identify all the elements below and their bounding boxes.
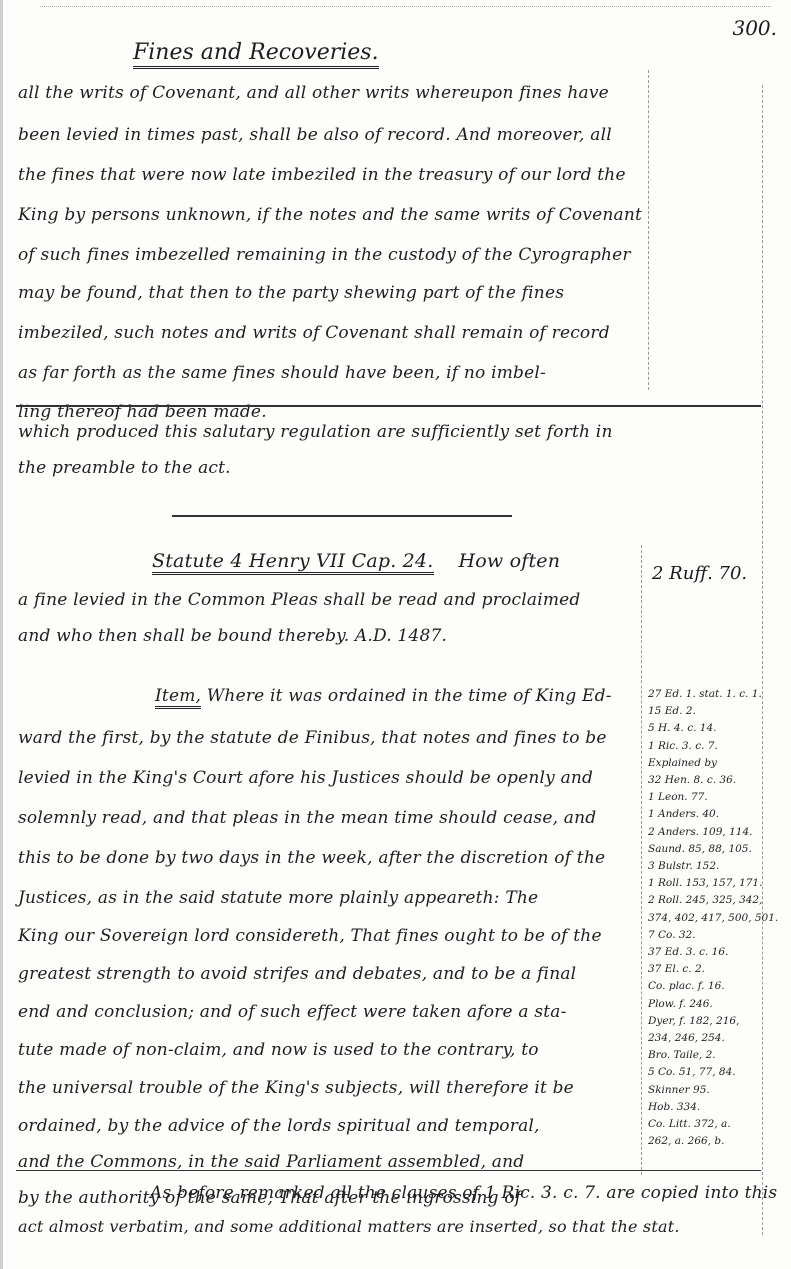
statute-heading: Statute 4 Henry VII Cap. 24. [152, 550, 434, 575]
margin-note: 262, a. 266, b. [648, 1135, 724, 1147]
margin-note: Explained by [648, 757, 717, 769]
margin-rule [648, 70, 649, 390]
item-lead: Item, [155, 686, 201, 709]
margin-note: Co. Litt. 372, a. [648, 1118, 731, 1130]
top-rule [40, 6, 771, 7]
text-line: King by persons unknown, if the notes an… [18, 205, 642, 225]
margin-note: 37 El. c. 2. [648, 963, 705, 975]
text-line: this to be done by two days in the week,… [18, 848, 605, 868]
text-line: Justices, as in the said statute more pl… [18, 888, 538, 908]
text-line: all the writs of Covenant, and all other… [18, 83, 609, 103]
margin-note: Co. plac. f. 16. [648, 980, 725, 992]
text-line: and the Commons, in the said Parliament … [18, 1152, 524, 1172]
margin-note: Plow. f. 246. [648, 998, 713, 1010]
page-number: 300. [732, 16, 777, 40]
section-divider [16, 405, 761, 407]
outer-margin-rule [762, 85, 763, 1235]
margin-note: Hob. 334. [648, 1101, 700, 1113]
margin-reference: 2 Ruff. 70. [652, 563, 747, 584]
short-divider [172, 515, 512, 517]
text-line: a fine levied in the Common Pleas shall … [18, 590, 581, 610]
margin-note: 27 Ed. 1. stat. 1. c. 1. [648, 688, 762, 700]
margin-note: 2 Roll. 245, 325, 342, [648, 894, 762, 906]
text-line: which produced this salutary regulation … [18, 422, 613, 442]
text-line: as far forth as the same fines should ha… [18, 363, 546, 383]
margin-note: Dyer, f. 182, 216, [648, 1015, 739, 1027]
text-line: act almost verbatim, and some additional… [18, 1217, 680, 1236]
margin-note: Saund. 85, 88, 105. [648, 843, 752, 855]
margin-note: 5 Co. 51, 77, 84. [648, 1066, 736, 1078]
margin-note: Skinner 95. [648, 1084, 710, 1096]
manuscript-page: 300. Fines and Recoveries. all the writs… [0, 0, 791, 1269]
text-line: greatest strength to avoid strifes and d… [18, 964, 576, 984]
margin-note: 2 Anders. 109, 114. [648, 826, 752, 838]
text-line: tute made of non-claim, and now is used … [18, 1040, 539, 1060]
text-line: been levied in times past, shall be also… [18, 125, 612, 145]
margin-note: 7 Co. 32. [648, 929, 696, 941]
text-line: levied in the King's Court afore his Jus… [18, 768, 593, 788]
margin-note: 5 H. 4. c. 14. [648, 722, 716, 734]
margin-note: 1 Anders. 40. [648, 808, 719, 820]
text-line: and who then shall be bound thereby. A.D… [18, 626, 447, 646]
statute-heading-line: Statute 4 Henry VII Cap. 24. How often [152, 550, 560, 572]
text-line: King our Sovereign lord considereth, Tha… [18, 926, 602, 946]
text-line: the preamble to the act. [18, 458, 231, 478]
margin-note: 1 Ric. 3. c. 7. [648, 740, 718, 752]
text-line: may be found, that then to the party she… [18, 283, 564, 303]
margin-note: Bro. Taile, 2. [648, 1049, 716, 1061]
text-line: As before remarked all the clauses of 1 … [150, 1183, 777, 1203]
margin-note: 1 Roll. 153, 157, 171. [648, 877, 762, 889]
margin-note: 1 Leon. 77. [648, 791, 708, 803]
statute-heading-rest: How often [458, 550, 560, 572]
text-line: ordained, by the advice of the lords spi… [18, 1116, 540, 1136]
text-line: of such fines imbezelled remaining in th… [18, 245, 631, 265]
text-line: end and conclusion; and of such effect w… [18, 1002, 567, 1022]
margin-note: 3 Bulstr. 152. [648, 860, 719, 872]
item-first-line: Item, Where it was ordained in the time … [155, 686, 612, 706]
margin-rule-lower [641, 545, 642, 1175]
margin-note: 234, 246, 254. [648, 1032, 725, 1044]
text-line: Where it was ordained in the time of Kin… [207, 686, 612, 706]
footer-divider [16, 1170, 761, 1171]
page-title: Fines and Recoveries. [133, 40, 379, 69]
text-line: the fines that were now late imbeziled i… [18, 165, 626, 185]
text-line: solemnly read, and that pleas in the mea… [18, 808, 596, 828]
scan-edge [0, 0, 3, 1269]
margin-note: 32 Hen. 8. c. 36. [648, 774, 736, 786]
margin-note: 374, 402, 417, 500, 501. [648, 912, 778, 924]
margin-note: 37 Ed. 3. c. 16. [648, 946, 728, 958]
text-line: imbeziled, such notes and writs of Coven… [18, 323, 610, 343]
text-line: ward the first, by the statute de Finibu… [18, 728, 607, 748]
margin-note: 15 Ed. 2. [648, 705, 696, 717]
text-line: the universal trouble of the King's subj… [18, 1078, 574, 1098]
